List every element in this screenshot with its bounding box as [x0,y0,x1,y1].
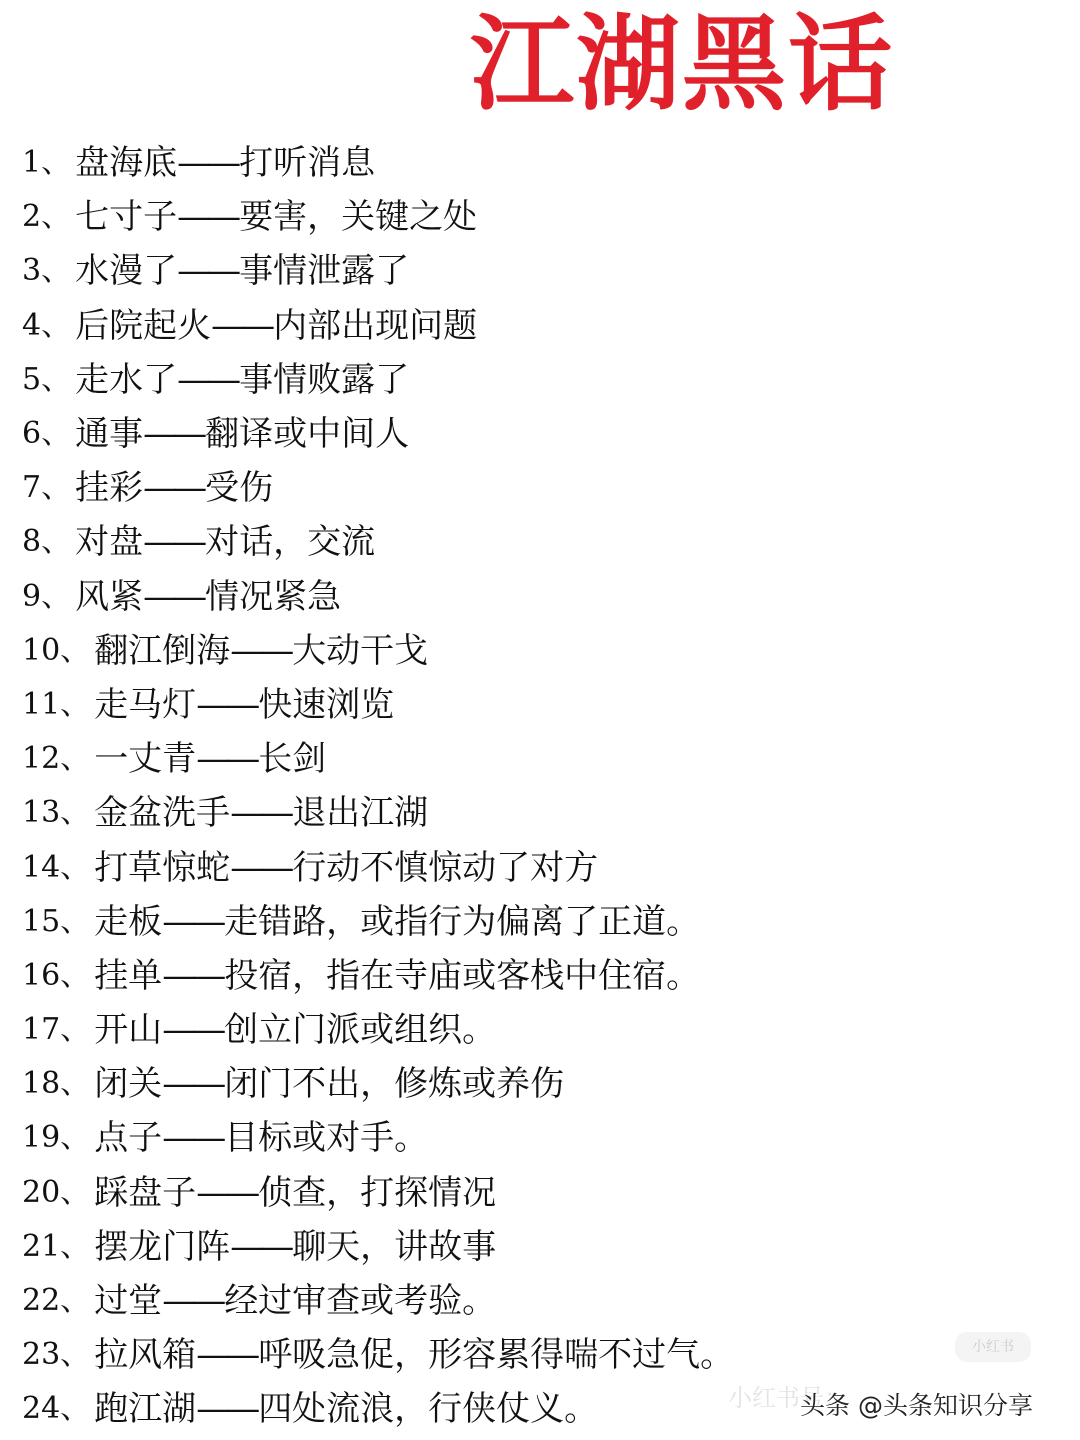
slang-meaning: 走错路，或指行为偏离了正道。 [224,895,700,949]
slang-term: 挂彩 [75,461,143,515]
slang-term: 走板 [94,895,162,949]
slang-meaning: 要害，关键之处 [239,190,477,244]
slang-term: 跑江湖 [94,1382,196,1436]
em-dash-separator: —— [162,1003,222,1057]
em-dash-separator: —— [196,1166,256,1220]
slang-meaning: 对话，交流 [205,515,375,569]
slang-term: 后院起火 [75,299,211,353]
item-number: 10、 [22,624,90,678]
slang-term: 水漫了 [75,244,177,298]
slang-term: 过堂 [94,1274,162,1328]
em-dash-separator: —— [177,353,237,407]
item-number: 19、 [22,1111,90,1165]
slang-meaning: 投宿，指在寺庙或客栈中住宿。 [224,949,700,1003]
slang-meaning: 聊天，讲故事 [292,1220,496,1274]
slang-list: 1、盘海底——打听消息2、七寸子——要害，关键之处3、水漫了——事情泄露了4、后… [22,136,734,1437]
item-number: 7、 [22,461,71,515]
slang-term: 金盆洗手 [94,786,230,840]
item-number: 5、 [22,353,71,407]
list-item: 3、水漫了——事情泄露了 [22,244,734,298]
slang-meaning: 经过审查或考验。 [224,1274,496,1328]
em-dash-separator: —— [230,841,290,895]
item-number: 3、 [22,244,71,298]
em-dash-separator: —— [177,244,237,298]
item-number: 11、 [22,678,90,732]
item-number: 21、 [22,1220,90,1274]
slang-meaning: 内部出现问题 [273,299,477,353]
em-dash-separator: —— [177,190,237,244]
slang-term: 开山 [94,1003,162,1057]
item-number: 16、 [22,949,90,1003]
slang-term: 摆龙门阵 [94,1220,230,1274]
em-dash-separator: —— [162,895,222,949]
em-dash-separator: —— [230,786,290,840]
slang-term: 走马灯 [94,678,196,732]
item-number: 20、 [22,1166,90,1220]
slang-term: 拉风箱 [94,1328,196,1382]
item-number: 14、 [22,841,90,895]
slang-meaning: 长剑 [258,732,326,786]
item-number: 23、 [22,1328,90,1382]
slang-term: 闭关 [94,1057,162,1111]
item-number: 15、 [22,895,90,949]
list-item: 20、踩盘子——侦查，打探情况 [22,1166,734,1220]
list-item: 13、金盆洗手——退出江湖 [22,786,734,840]
em-dash-separator: —— [196,1328,256,1382]
slang-term: 踩盘子 [94,1166,196,1220]
list-item: 17、开山——创立门派或组织。 [22,1003,734,1057]
list-item: 22、过堂——经过审查或考验。 [22,1274,734,1328]
em-dash-separator: —— [196,732,256,786]
item-number: 8、 [22,515,71,569]
slang-term: 七寸子 [75,190,177,244]
list-item: 5、走水了——事情败露了 [22,353,734,407]
item-number: 1、 [22,136,71,190]
em-dash-separator: —— [143,515,203,569]
slang-meaning: 受伤 [205,461,273,515]
slang-meaning: 退出江湖 [292,786,428,840]
slang-meaning: 创立门派或组织。 [224,1003,496,1057]
slang-term: 走水了 [75,353,177,407]
slang-meaning: 事情泄露了 [239,244,409,298]
list-item: 21、摆龙门阵——聊天，讲故事 [22,1220,734,1274]
item-number: 24、 [22,1382,90,1436]
em-dash-separator: —— [143,461,203,515]
list-item: 11、走马灯——快速浏览 [22,678,734,732]
toutiao-watermark: 头条 @头条知识分享 [800,1386,1033,1422]
list-item: 10、翻江倒海——大动干戈 [22,624,734,678]
em-dash-separator: —— [230,1220,290,1274]
slang-term: 盘海底 [75,136,177,190]
slang-meaning: 四处流浪，行侠仗义。 [258,1382,598,1436]
list-item: 18、闭关——闭门不出，修炼或养伤 [22,1057,734,1111]
list-item: 24、跑江湖——四处流浪，行侠仗义。 [22,1382,734,1436]
em-dash-separator: —— [162,1111,222,1165]
list-item: 7、挂彩——受伤 [22,461,734,515]
slang-meaning: 事情败露了 [239,353,409,407]
em-dash-separator: —— [143,407,203,461]
item-number: 6、 [22,407,71,461]
em-dash-separator: —— [230,624,290,678]
slang-meaning: 快速浏览 [258,678,394,732]
slang-term: 打草惊蛇 [94,841,230,895]
list-item: 4、后院起火——内部出现问题 [22,299,734,353]
list-item: 8、对盘——对话，交流 [22,515,734,569]
slang-meaning: 闭门不出，修炼或养伤 [224,1057,564,1111]
xiaohongshu-watermark-badge: 小红书 [955,1332,1031,1362]
item-number: 12、 [22,732,90,786]
slang-meaning: 侦查，打探情况 [258,1166,496,1220]
list-item: 23、拉风箱——呼吸急促，形容累得喘不过气。 [22,1328,734,1382]
page-title: 江湖黑话 [470,4,920,124]
slang-term: 一丈青 [94,732,196,786]
item-number: 2、 [22,190,71,244]
list-item: 14、打草惊蛇——行动不慎惊动了对方 [22,840,734,894]
slang-meaning: 情况紧急 [205,570,341,624]
list-item: 1、盘海底——打听消息 [22,136,734,190]
slang-term: 挂单 [94,949,162,1003]
list-item: 16、挂单——投宿，指在寺庙或客栈中住宿。 [22,949,734,1003]
slang-meaning: 打听消息 [239,136,375,190]
list-item: 12、一丈青——长剑 [22,732,734,786]
item-number: 4、 [22,299,71,353]
em-dash-separator: —— [162,1274,222,1328]
em-dash-separator: —— [177,136,237,190]
em-dash-separator: —— [162,1057,222,1111]
slang-term: 风紧 [75,570,143,624]
item-number: 18、 [22,1057,90,1111]
em-dash-separator: —— [211,299,271,353]
em-dash-separator: —— [162,949,222,1003]
list-item: 9、风紧——情况紧急 [22,570,734,624]
slang-meaning: 呼吸急促，形容累得喘不过气。 [258,1328,734,1382]
slang-term: 通事 [75,407,143,461]
em-dash-separator: —— [143,570,203,624]
list-item: 6、通事——翻译或中间人 [22,407,734,461]
list-item: 2、七寸子——要害，关键之处 [22,190,734,244]
slang-meaning: 行动不慎惊动了对方 [292,841,598,895]
slang-meaning: 翻译或中间人 [205,407,409,461]
slang-meaning: 目标或对手。 [224,1111,428,1165]
item-number: 13、 [22,786,90,840]
item-number: 9、 [22,570,71,624]
em-dash-separator: —— [196,1382,256,1436]
em-dash-separator: —— [196,678,256,732]
slang-term: 点子 [94,1111,162,1165]
slang-term: 对盘 [75,515,143,569]
slang-meaning: 大动干戈 [292,624,428,678]
slang-term: 翻江倒海 [94,624,230,678]
list-item: 15、走板——走错路，或指行为偏离了正道。 [22,895,734,949]
list-item: 19、点子——目标或对手。 [22,1111,734,1165]
item-number: 22、 [22,1274,90,1328]
item-number: 17、 [22,1003,90,1057]
